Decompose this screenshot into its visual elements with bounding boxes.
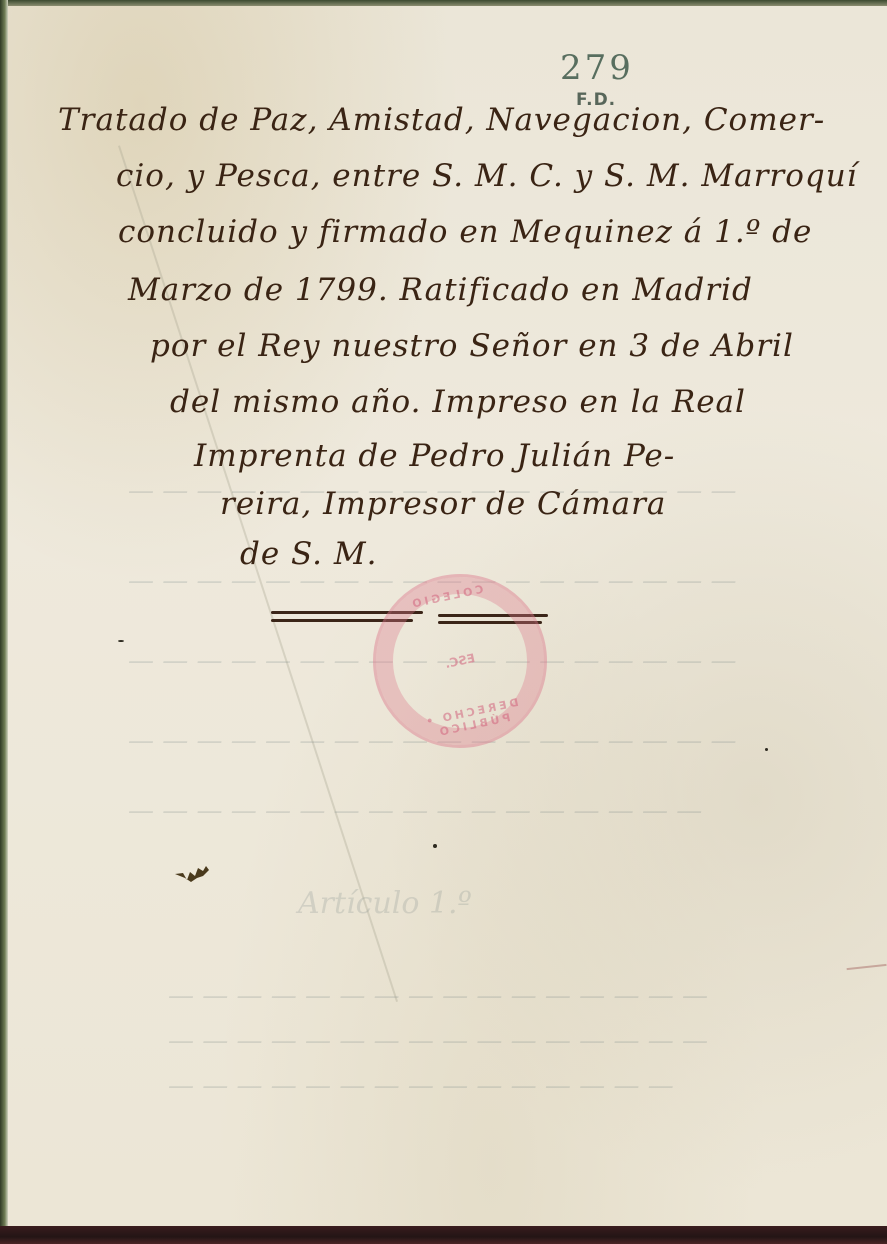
title-line-6: del mismo año. Impreso en la Real: [170, 384, 746, 420]
ink-mark: [118, 640, 124, 642]
ink-blot-icon: [173, 864, 213, 886]
title-line-1: Tratado de Paz, Amistad, Navegacion, Com…: [58, 102, 825, 138]
book-bottom-edge: [0, 1226, 887, 1244]
book-binding-edge: [0, 0, 8, 1244]
stamp-center: ESC.: [414, 644, 505, 678]
bleed-through-heading: Artículo 1.º: [298, 886, 472, 921]
shelfmark-number: 279: [560, 48, 634, 88]
ink-dot: [765, 748, 768, 751]
title-line-4: Marzo de 1799. Ratificado en Madrid: [128, 272, 753, 308]
paper-tear: [847, 964, 887, 978]
title-line-2: cio, y Pesca, entre S. M. C. y S. M. Mar…: [116, 158, 858, 194]
title-line-8: reira, Impresor de Cámara: [220, 486, 666, 522]
bleed-through-text: — — — — — — — — — — — — — — — —: [168, 981, 708, 1011]
bleed-through-text: — — — — — — — — — — — — — — — —: [168, 1026, 708, 1056]
bleed-through-text: — — — — — — — — — — — — — — —: [168, 1071, 674, 1101]
title-line-5: por el Rey nuestro Señor en 3 de Abril: [150, 328, 794, 364]
title-line-9: de S. M.: [240, 536, 377, 572]
title-line-7: Imprenta de Pedro Julián Pe-: [194, 438, 675, 474]
bleed-through-text: — — — — — — — — — — — — — — — — —: [128, 796, 702, 826]
ink-dot: [433, 844, 437, 848]
title-line-3: concluido y firmado en Mequinez á 1.º de: [118, 214, 812, 250]
manuscript-page: — — — — — — — — — — — — — — — — — — — — …: [8, 6, 887, 1226]
